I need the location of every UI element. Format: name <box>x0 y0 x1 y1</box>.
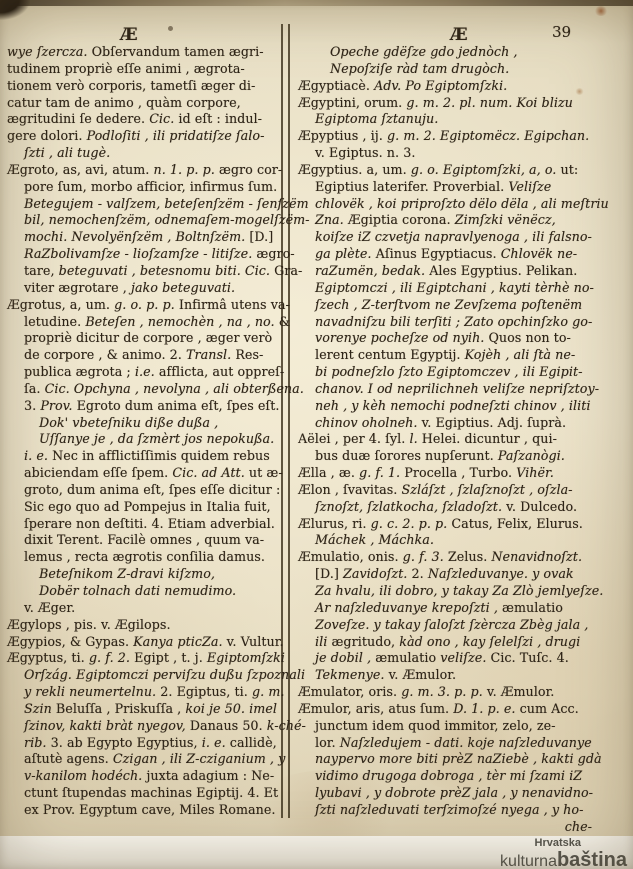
text-line: v. Egiptus. n. 3. <box>298 145 632 162</box>
text-line: Tekmenye. v. Æmulor. <box>298 667 632 684</box>
text-line: aſtutè agens. Czigan , ili Z-cziganium ,… <box>7 751 281 768</box>
watermark-regular: kulturna <box>500 853 557 869</box>
text-line: Dok' vbeteſniku diße dußa , <box>7 415 281 432</box>
text-line: chinov oholneh. v. Egiptius. Adj. ſuprà. <box>298 415 632 432</box>
text-line: 3. Prov. Egroto dum anima eſt, ſpes eſt. <box>7 398 281 415</box>
text-line: letudine. Beteſen , nemochèn , na , no. … <box>7 314 281 331</box>
text-line: lyubavi , y dobrote prèZ jala , y nenavi… <box>298 785 632 802</box>
text-line: Ælon , ſvavitas. Szláſzt , ſzlaſznoſzt ,… <box>298 482 632 499</box>
text-line: Ægyptius. a, um. g. o. Egiptomſzki, a, o… <box>298 162 632 179</box>
text-line: vidimo drugoga dobroga , tèr mi ſzami iZ <box>298 768 632 785</box>
text-line: Máchek , Máchka. <box>298 532 632 549</box>
text-line: Uſſanye je , da ſzmèrt jos nepokußa. <box>7 431 281 448</box>
text-line: Ægyptiacè. Adv. Po Egiptomſzki. <box>298 78 632 95</box>
text-line: ili ægritudo, kàd ono , kay ſelelſzi , d… <box>298 634 632 651</box>
watermark-line2: kulturnabaština <box>500 850 627 869</box>
text-line: tare, beteguvati , betesnomu biti. Cic. … <box>7 263 281 280</box>
text-line: Æpyptius , ij. g. m. 2. Egiptomëcz. Egip… <box>298 128 632 145</box>
text-line: lemus , recta ægrotis conſilia damus. <box>7 549 281 566</box>
text-line: pore ſum, morbo afficior, infirmus ſum. <box>7 179 281 196</box>
text-line: Ælurus, ri. g. c. 2. p. p. Catus, Felix,… <box>298 516 632 533</box>
text-line: tudinem propriè eſſe animi , ægrota- <box>7 61 281 78</box>
text-line: RaZbolivamſze - lioſzamſze - litiſze. æg… <box>7 246 281 263</box>
page-top-edge <box>0 0 633 6</box>
text-line: Æmulatio, onis. g. f. 3. Zelus. Nenavidn… <box>298 549 632 566</box>
text-line: bi podneſzlo ſzto Egiptomczev , ili Egip… <box>298 364 632 381</box>
text-line: bil, nemochenſzëm, odnemaſem-mogelſzëm- <box>7 212 281 229</box>
text-line: Ar naſzleduvanye krepoſzti , æmulatio <box>298 600 632 617</box>
text-line: ſzti , ali tugè. <box>7 145 281 162</box>
text-line: junctum idem quod immitor, zelo, ze- <box>298 718 632 735</box>
right-column: Opeche gdëſze gdo jednòch ,Nepoſziſe ràd… <box>298 44 632 836</box>
text-line: Zoveſze. y takay ſaloſzt ſzèrcza Zbèg ja… <box>298 617 632 634</box>
text-line: naypervo more biti prèZ naZiebè , kakti … <box>298 751 632 768</box>
text-line: ſzti naſzleduvati terſzimoſzé nyega , y … <box>298 802 632 819</box>
scanned-page: Æ Æ 39 wye ſzercza. Obſervandum tamen æg… <box>0 0 633 869</box>
text-line: lor. Naſzledujem - dati. koje naſzleduva… <box>298 735 632 752</box>
text-line: Egiptius laterifer. Proverbial. Veliſze <box>298 179 632 196</box>
column-header-left: Æ <box>120 25 138 45</box>
text-line: rib. 3. ab Egypto Egyptius, i. e. callid… <box>7 735 281 752</box>
watermark: Hrvatska kulturnabaština <box>500 838 627 869</box>
text-line: viter ægrotare , jako beteguvati. <box>7 280 281 297</box>
text-line: groto, dum anima eſt, ſpes eſſe dicitur … <box>7 482 281 499</box>
watermark-line1: Hrvatska <box>500 838 581 849</box>
column-header-right: Æ <box>450 25 468 45</box>
text-line: gere dolori. Podloſiti , ili pridatiſze … <box>7 128 281 145</box>
left-column: wye ſzercza. Obſervandum tamen ægri-tudi… <box>7 44 281 819</box>
text-line: Orſzág. Egiptomczi perviſzu dußu ſzpozna… <box>7 667 281 684</box>
text-line: y rekli neumertelnu. 2. Egiptus, ti. g. … <box>7 684 281 701</box>
text-line: ſznoſzt, ſzlatkocha, ſzladoſzt. v. Dulce… <box>298 499 632 516</box>
page-number: 39 <box>552 23 571 41</box>
text-line: Ægyptini, orum. g. m. 2. pl. num. Koi bl… <box>298 95 632 112</box>
text-line: Aëlei , per 4. ſyl. l. Helei. dicuntur ,… <box>298 431 632 448</box>
text-line: ſzinov, kakti bràt nyegov, Danaus 50. k-… <box>7 718 281 735</box>
text-line: koiſze iZ czvetja napravlyenoga , ili fa… <box>298 229 632 246</box>
text-line: ex Prov. Egyptum cave, Miles Romane. <box>7 802 281 819</box>
text-line: Beteſnikom Z-dravi kiſzmo, <box>7 566 281 583</box>
text-line: Ælla , æ. g. f. 1. Procella , Turbo. Vih… <box>298 465 632 482</box>
text-line: chlovëk , koi priproſzto dëlo dëla , ali… <box>298 196 632 213</box>
text-line: dixit Terent. Facilè omnes , quum va- <box>7 532 281 549</box>
text-line: raZumën, bedak. Ales Egyptius. Pelikan. <box>298 263 632 280</box>
text-line: i. e. Nec in afflictiſſimis quidem rebus <box>7 448 281 465</box>
text-line: Ægroto, as, avi, atum. n. 1. p. p. ægro … <box>7 162 281 179</box>
text-line: tionem verò corporis, tametſi æger di- <box>7 78 281 95</box>
text-line: propriè dicitur de corpore , æger verò <box>7 330 281 347</box>
text-line: Zna. Ægiptia corona. Zimſzki vënëcz, <box>298 212 632 229</box>
text-line: bus duæ ſorores nupſerunt. Paſzanògi. <box>298 448 632 465</box>
text-line: Egiptomczi , ili Egiptchani , kayti tèrh… <box>298 280 632 297</box>
text-line: abiciendam eſſe ſpem. Cic. ad Att. ut æ- <box>7 465 281 482</box>
text-line: Ægypios, & Gypas. Kanya pticZa. v. Vultu… <box>7 634 281 651</box>
text-line: Ægyptus, ti. g. f. 2. Egipt , t. j. Egip… <box>7 650 281 667</box>
text-line: ctunt ſtupendas machinas Egiptij. 4. Et <box>7 785 281 802</box>
watermark-bold: baština <box>557 849 627 869</box>
text-line: Dobër tolnach dati nemudimo. <box>7 583 281 600</box>
text-line: vorenye pocheſze od nyih. Quos non to- <box>298 330 632 347</box>
text-line: mochi. Nevolyënſzëm , Boltnſzëm. [D.] <box>7 229 281 246</box>
text-line: v. Æger. <box>7 600 281 617</box>
text-line: ſzech , Z-terſtvom ne Zevſzema poſtenëm <box>298 297 632 314</box>
text-line: [D.] Zavidoſzt. 2. Naſzleduvanye. y ovak <box>298 566 632 583</box>
text-line: Za hvalu, ili dobro, y takay Za Zlò jeml… <box>298 583 632 600</box>
text-line: Ægylops , pis. v. Ægilops. <box>7 617 281 634</box>
text-line: Sic ego quo ad Pompejus in Italia fuit, <box>7 499 281 516</box>
text-line: de corpore , & animo. 2. Transl. Res- <box>7 347 281 364</box>
text-line: v-kanilom hodéch. juxta adagium : Ne- <box>7 768 281 785</box>
corner-shadow <box>0 0 30 20</box>
text-line: che- <box>298 819 632 836</box>
text-line: Ægrotus, a, um. g. o. p. p. Infirmâ uten… <box>7 297 281 314</box>
text-line: lerent centum Egyptij. Kojèh , ali ſtà n… <box>298 347 632 364</box>
text-line: publica ægrota ; i.e. afflicta, aut oppr… <box>7 364 281 381</box>
text-line: Betegujem - valſzem, beteſenſzëm - ſenſz… <box>7 196 281 213</box>
text-line: ægritudini ſe dedere. Cic. id eſt : indu… <box>7 111 281 128</box>
paper-speck <box>594 6 608 16</box>
text-line: Egiptoma ſztanuju. <box>298 111 632 128</box>
text-line: Opeche gdëſze gdo jednòch , <box>298 44 632 61</box>
text-line: chanov. I od neprilichneh veliſze nepriſ… <box>298 381 632 398</box>
text-line: neh , y kèh nemochi podneſzti chinov , i… <box>298 398 632 415</box>
text-line: Szin Beluſſa , Priskuſſa , koi je 50. im… <box>7 701 281 718</box>
text-line: navadniſzu bili terſiti ; Zato opchinſzk… <box>298 314 632 331</box>
text-line: Æmulator, oris. g. m. 3. p. p. v. Æmulor… <box>298 684 632 701</box>
text-line: ſa. Cic. Opchyna , nevolyna , ali obterß… <box>7 381 281 398</box>
text-line: wye ſzercza. Obſervandum tamen ægri- <box>7 44 281 61</box>
text-line: Æmulor, aris, atus ſum. D. 1. p. e. cum … <box>298 701 632 718</box>
text-line: catur tam de animo , quàm corpore, <box>7 95 281 112</box>
text-line: je dobil , æmulatio veliſze. Cic. Tuſc. … <box>298 650 632 667</box>
text-line: ga plète. Aſinus Egyptiacus. Chlovëk ne- <box>298 246 632 263</box>
paper-speck <box>168 26 173 31</box>
text-line: ſperare non deſtiti. 4. Etiam adverbial. <box>7 516 281 533</box>
text-line: Nepoſziſe ràd tam drugòch. <box>298 61 632 78</box>
